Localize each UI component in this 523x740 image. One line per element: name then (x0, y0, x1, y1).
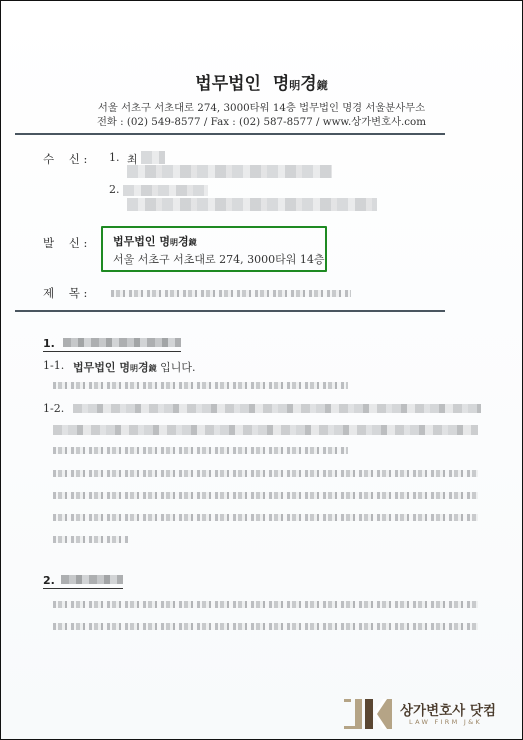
redacted-section-2-line-2 (53, 623, 478, 630)
divider-bottom (15, 310, 445, 312)
firm-name-hanja2: 鏡 (317, 79, 328, 92)
redacted-item-1-2-line-7 (53, 536, 128, 543)
firm-name-part1: 명 (273, 74, 289, 94)
letterhead-title: 법무법인 명明경鏡 (1, 69, 522, 94)
redacted-item-1-2-line-3 (53, 447, 348, 454)
sender-highlight-box: 법무법인 명明경鏡 서울 서초구 서초대로 274, 3000타워 14층 (101, 226, 327, 272)
redacted-section-2-title (61, 575, 123, 584)
item-1-1-firm: 법무법인 명 (73, 361, 130, 374)
item-1-1-part2: 경 (138, 361, 149, 374)
sender-name-hangul: 법무법인 (113, 235, 156, 248)
recipient-1-number: 1. (109, 151, 120, 164)
sender-name-part1: 명 (159, 235, 170, 248)
recipient-label: 수 신 : (43, 151, 87, 167)
redacted-item-1-2-line-5 (53, 492, 478, 499)
subject-label: 제 목 : (43, 285, 87, 301)
sender-address: 서울 서초구 서초대로 274, 3000타워 14층 (113, 251, 324, 267)
redacted-recipient-1-name (141, 151, 165, 164)
sender-name-part2: 경 (178, 235, 189, 248)
firm-name-hanja1: 明 (289, 79, 300, 92)
redacted-recipient-1-address (127, 165, 332, 178)
logo-sub-text: LAW FIRM J&K (409, 718, 482, 726)
item-1-1-text: 법무법인 명明경鏡 입니다. (73, 359, 195, 375)
firm-name: 법무법인 (195, 74, 261, 94)
item-1-1-suffix: 입니다. (157, 361, 196, 374)
sender-name: 법무법인 명明경鏡 (113, 233, 197, 249)
redacted-item-1-2-line-4 (53, 470, 478, 477)
redacted-item-1-1-detail (53, 382, 348, 389)
footer-logo: 상가변호사 닷컴 LAW FIRM J&K (342, 697, 510, 731)
section-2-number: 2. (43, 574, 55, 587)
redacted-item-1-2-line-1 (73, 404, 481, 413)
redacted-section-1-title (63, 338, 181, 347)
item-1-1-number: 1-1. (43, 359, 64, 372)
divider-top (15, 133, 445, 135)
document-page: 법무법인 명明경鏡 서울 서초구 서초대로 274, 3000타워 14층 법무… (0, 0, 523, 740)
jk-logo-icon (342, 697, 394, 731)
redacted-subject (111, 290, 351, 297)
recipient-2-number: 2. (109, 183, 120, 196)
sender-label: 발 신 : (43, 235, 87, 251)
redacted-item-1-2-line-6 (53, 514, 478, 521)
redacted-section-2-line-1 (53, 601, 478, 608)
letterhead-contact: 전화 : (02) 549-8577 / Fax : (02) 587-8577… (1, 113, 522, 128)
logo-brand-text: 상가변호사 닷컴 (400, 699, 496, 719)
item-1-1-hanja2: 鏡 (149, 364, 157, 373)
letterhead-address: 서울 서초구 서초대로 274, 3000타워 14층 법무법인 명경 서울분사… (1, 99, 522, 114)
redacted-recipient-2-address (127, 198, 377, 211)
redacted-recipient-2-name (123, 185, 208, 196)
item-1-1-hanja1: 明 (130, 364, 138, 373)
firm-name-part2: 경 (300, 74, 316, 94)
section-1-number: 1. (43, 337, 55, 350)
sender-name-hanja2: 鏡 (189, 238, 197, 247)
sender-name-hanja1: 明 (170, 238, 178, 247)
redacted-item-1-2-line-2 (53, 425, 478, 435)
item-1-2-number: 1-2. (43, 402, 64, 415)
